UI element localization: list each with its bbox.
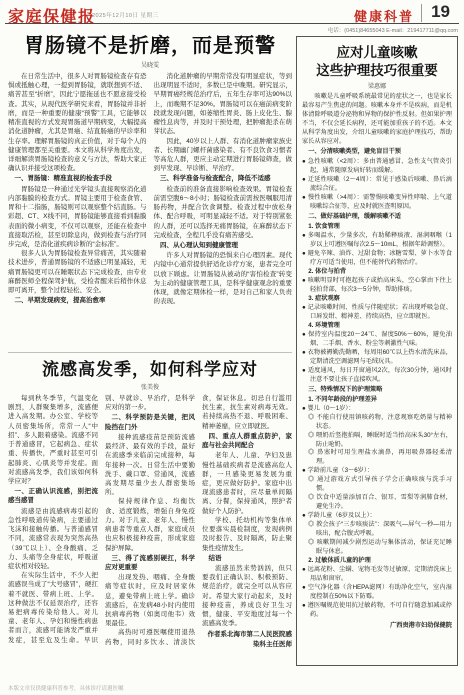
bullet-item: ● 多喝温水，少量多次，有助稀释痰液、湿润咽喉（1岁以上可遵医嘱每次2.5～10… (302, 232, 452, 250)
numbered-subheading: 3. 症状观察 (302, 295, 452, 304)
numbered-subheading: 2. 过敏体质儿童的护理 (302, 557, 452, 566)
body-paragraph: 许多人对胃肠镜的恐惧来自心理因素。现代内镜中心通常提供舒适化诊疗方案，患者完全可… (154, 251, 293, 306)
sub-bullet-item: ◎ 鼻塞时可用生理盐水滴鼻，再用吸鼻器轻柔清理。 (302, 449, 452, 467)
bullet-item: ● 保持室内温度20～24℃、湿度50%～60%，避免油烟、二手烟、香水、粉尘等… (302, 331, 452, 349)
body-paragraph: 因此，40岁以上人群、有消化道肿瘤家族史者、长期幽门螺杆菌感染者、有不良饮食习惯… (154, 137, 293, 174)
numbered-subheading: 1. 饮食管理 (302, 223, 452, 232)
bullet-item: ● 空气净化器（含HEPA滤网）有助净化空气，室内湿度控制在50%以下防霉。 (302, 584, 452, 602)
body-paragraph: 接种流感疫苗是预防流感最经济、最有效的手段，最好在流感季来临前完成接种，每年接种… (105, 433, 195, 498)
body-paragraph: 很多人认为胃肠镜检查异常痛苦，其实随着技术进步，普通胃肠镜的不适感已明显减轻，无… (8, 249, 147, 295)
body-paragraph: 检查前的准备直接影响检查效果。胃镜检查前需空腹6～8小时；肠镜检查前需按医嘱服用… (154, 185, 293, 240)
sub-bullet-item: ◎ 不能自行使用镇咳药物，注意观察吃奶量与精神状态。 (302, 414, 452, 432)
bullet-item: ● 慢性咳嗽（>4周）：需警惕咳嗽变异性哮喘、上气道咳嗽综合征等，应及时就医查明… (302, 194, 452, 212)
section-heading: 三、特殊情况下的护理策略 (302, 386, 452, 395)
section-heading: 一、正确认识流感，别把流感当感冒 (8, 487, 98, 505)
body-paragraph: 消化道肿瘤的早期常常没有明显症状，等到出现明显不适时，多数已是中晚期。研究显示，… (154, 72, 293, 137)
numbered-subheading: 1. 不同年龄段的护理差异 (302, 396, 452, 405)
sub-bullet-item: ◎ 咳嗽期间减少剧烈运动与集体活动，保证充足睡眠与休息。 (302, 539, 452, 557)
section-heading: 四、从心理认知到健康管理 (154, 241, 293, 250)
body-paragraph: 咳嗽是儿童呼吸系统最常见的症状之一，也是家长最容易产生焦虑的问题。咳嗽本身并不是… (302, 93, 452, 147)
sub-bullet-item: ◎ 饮食中适量添加百合、银耳、雪梨等润肺食材，避免生冷。 (302, 494, 452, 512)
article-cough: 应对儿童咳嗽 这些护理技巧很重要 梁惠娜 咳嗽是儿童呼吸系统最常见的症状之一，也… (296, 36, 458, 666)
section-heading: 一、分清咳嗽类型，避免盲目干预 (302, 148, 452, 157)
article-gastroscopy: 胃肠镜不是折磨，而是预警 吴晓雯 在日常生活中，很多人对胃肠镜检查存有恐惧或抵触… (8, 29, 292, 324)
article-flu: 流感高发季，如何科学应对 张美俊 每到秋冬季节，气温变化剧烈，人群聚集增多，流感… (8, 355, 292, 677)
section-heading: 一、胃肠镜：精准直视的检查手段 (8, 174, 147, 183)
bullet-item: ● 遵医嘱规范使用抗过敏药物，不可自行随意加减或停药。 (302, 602, 452, 620)
bullet-item: ● 咳嗽明显时可抱起孩子或抬高床头，空心掌由下往上轻拍背部，每次3～5分钟，帮助… (302, 277, 452, 295)
body-paragraph: 老年人、儿童、孕妇及患慢性基础疾病者是流感高危人群，一旦感染更易发展为重症，更应… (202, 451, 292, 516)
section-heading: 结语 (202, 554, 292, 563)
bullet-item: ● 婴儿（0～1岁）： (302, 405, 452, 414)
body-paragraph: 每到秋冬季节，气温变化剧烈，人群聚集增多，流感便进入高发期。办公室、学校等人员密… (8, 394, 98, 486)
body-paragraph: 在日常生活中，很多人对胃肠镜检查存有恐惧或抵触心理，一提到胃肠镜，就联想到不适、… (8, 72, 147, 173)
bullet-item: ● 衣物被褥勤洗勤晒，每周用60℃以上热水清洗床品，定期清洗空调滤网与毛绒玩具。 (302, 349, 452, 367)
headline-cough-line2: 这些护理技巧很重要 (302, 62, 452, 80)
contact-info: 电话：(0451)84655043 E-mail：219417711@qq.co… (328, 26, 458, 34)
article-gastroscopy-body: 在日常生活中，很多人对胃肠镜检查存有恐惧或抵触心理，一提到胃肠镜，就联想到不适、… (8, 72, 292, 324)
page-number: 19 (431, 2, 450, 22)
page-number-divider (421, 4, 422, 22)
footer-note: 本版文章仅供健康科普参考，具体诊疗请遵医嘱 (8, 684, 124, 692)
bullet-item: ● 适度通风，每日开窗通风2次，每次30分钟，通风时注意不要让孩子直接吹风。 (302, 367, 452, 385)
bullet-item: ● 远离花粉、尘螨、宠物毛发等过敏原，定期清洗床上用品和窗帘。 (302, 566, 452, 584)
bullet-item: ● 学龄儿童（6岁及以上）： (302, 512, 452, 521)
article-attribution: 广西贵港市妇幼保健院 (302, 622, 452, 631)
header-rule (5, 23, 459, 24)
section-heading: 三、得了流感别硬扛，科学应对更重要 (105, 554, 195, 572)
bullet-item: ● 记录咳嗽时间、性质与伴随症状；若出现呼吸急促、口唇发绀、精神差、持续高热，应… (302, 304, 452, 322)
newspaper-page: 家庭保健报 2025年12月10日 星期三 健康科普 19 电话：(0451)8… (0, 0, 464, 695)
section-heading: 二、做好基础护理，缓解咳嗽不适 (302, 213, 452, 222)
article-cough-body: 咳嗽是儿童呼吸系统最常见的症状之一，也是家长最容易产生焦虑的问题。咳嗽本身并不是… (302, 93, 452, 631)
article-divider-rule (8, 352, 292, 353)
section-heading: 三、科学准备与检查配合，降低不适感 (154, 174, 293, 183)
body-paragraph: 胃肠镜是一种通过光学镜头直接观察消化道内部黏膜的检查方式。胃镜主要用于检查食管、… (8, 185, 147, 250)
body-paragraph: 流感虽然来势汹汹，但只要我们正确认识、积极预防、规范治疗，就完全可以从容应对。希… (202, 564, 292, 629)
bullet-item: ● 急性咳嗽（<2周）：多由普通感冒、急性支气管炎引起，通常随原发病好转而缓解。 (302, 158, 452, 176)
sub-bullet-item: ◎ 通过游戏方式引导孩子学会正确咳痰与洗手习惯。 (302, 476, 452, 494)
author-gastroscopy: 吴晓雯 (8, 60, 292, 69)
article-attribution: 作者系北海市第二人民医院感染科主任医师 (202, 630, 292, 648)
bullet-item: ● 迁延性咳嗽（2～4周）：常见于感染后咳嗽、鼻后滴流综合征。 (302, 176, 452, 194)
headline-gastroscopy: 胃肠镜不是折磨，而是预警 (8, 29, 292, 58)
headline-cough-line1: 应对儿童咳嗽 (302, 44, 452, 62)
sub-bullet-item: ◎ 教会孩子“三步咳痰法”：深吸气—屏气一秒—用力咳出，配合腹式呼吸。 (302, 521, 452, 539)
headline-flu: 流感高发季，如何科学应对 (8, 355, 292, 380)
section-heading: 四、重点人群重点防护，家庭与社会共同配合 (202, 432, 292, 450)
article-flu-body: 每到秋冬季节，气温变化剧烈，人群聚集增多，流感便进入高发期。办公室、学校等人员密… (8, 394, 292, 677)
author-cough: 梁惠娜 (302, 81, 452, 90)
body-paragraph: 保持规律作息、均衡饮食、适度锻炼，增强自身免疫力。对于儿童、老年人、慢性病患者等… (105, 497, 195, 552)
section-heading: 二、科学预防是关键，把风险挡在门外 (105, 413, 195, 431)
body-paragraph: 出现发热、咽痛、全身酸痛等症状时，应及时居家休息，避免带病上班上学。确诊流感后，… (105, 573, 195, 628)
numbered-subheading: 2. 体位与拍背 (302, 268, 452, 277)
author-flu: 张美俊 (8, 382, 292, 391)
bullet-item: ● 避免辛辣、油炸、过甜食物；冰糖雪梨、萝卜水等食疗方可适当使用，但不能替代药物… (302, 250, 452, 268)
sub-bullet-item: ◎ 喂奶后竖抱拍嗝，睡眠时适当抬高床头30°左右，防止呛奶。 (302, 432, 452, 450)
section-heading: 二、早期发现病变，提高治愈率 (8, 296, 147, 305)
body-paragraph: 流感是由流感病毒引起的急性呼吸道传染病，主要通过飞沫和接触传播。与普通感冒不同，… (8, 507, 98, 572)
body-paragraph: 学校、托幼机构等集体单位要落实晨检制度，发现病例及时报告、及时隔离，防止聚集性疫… (202, 516, 292, 553)
issue-date: 2025年12月10日 星期三 (92, 11, 159, 19)
numbered-subheading: 4. 环境管理 (302, 322, 452, 331)
